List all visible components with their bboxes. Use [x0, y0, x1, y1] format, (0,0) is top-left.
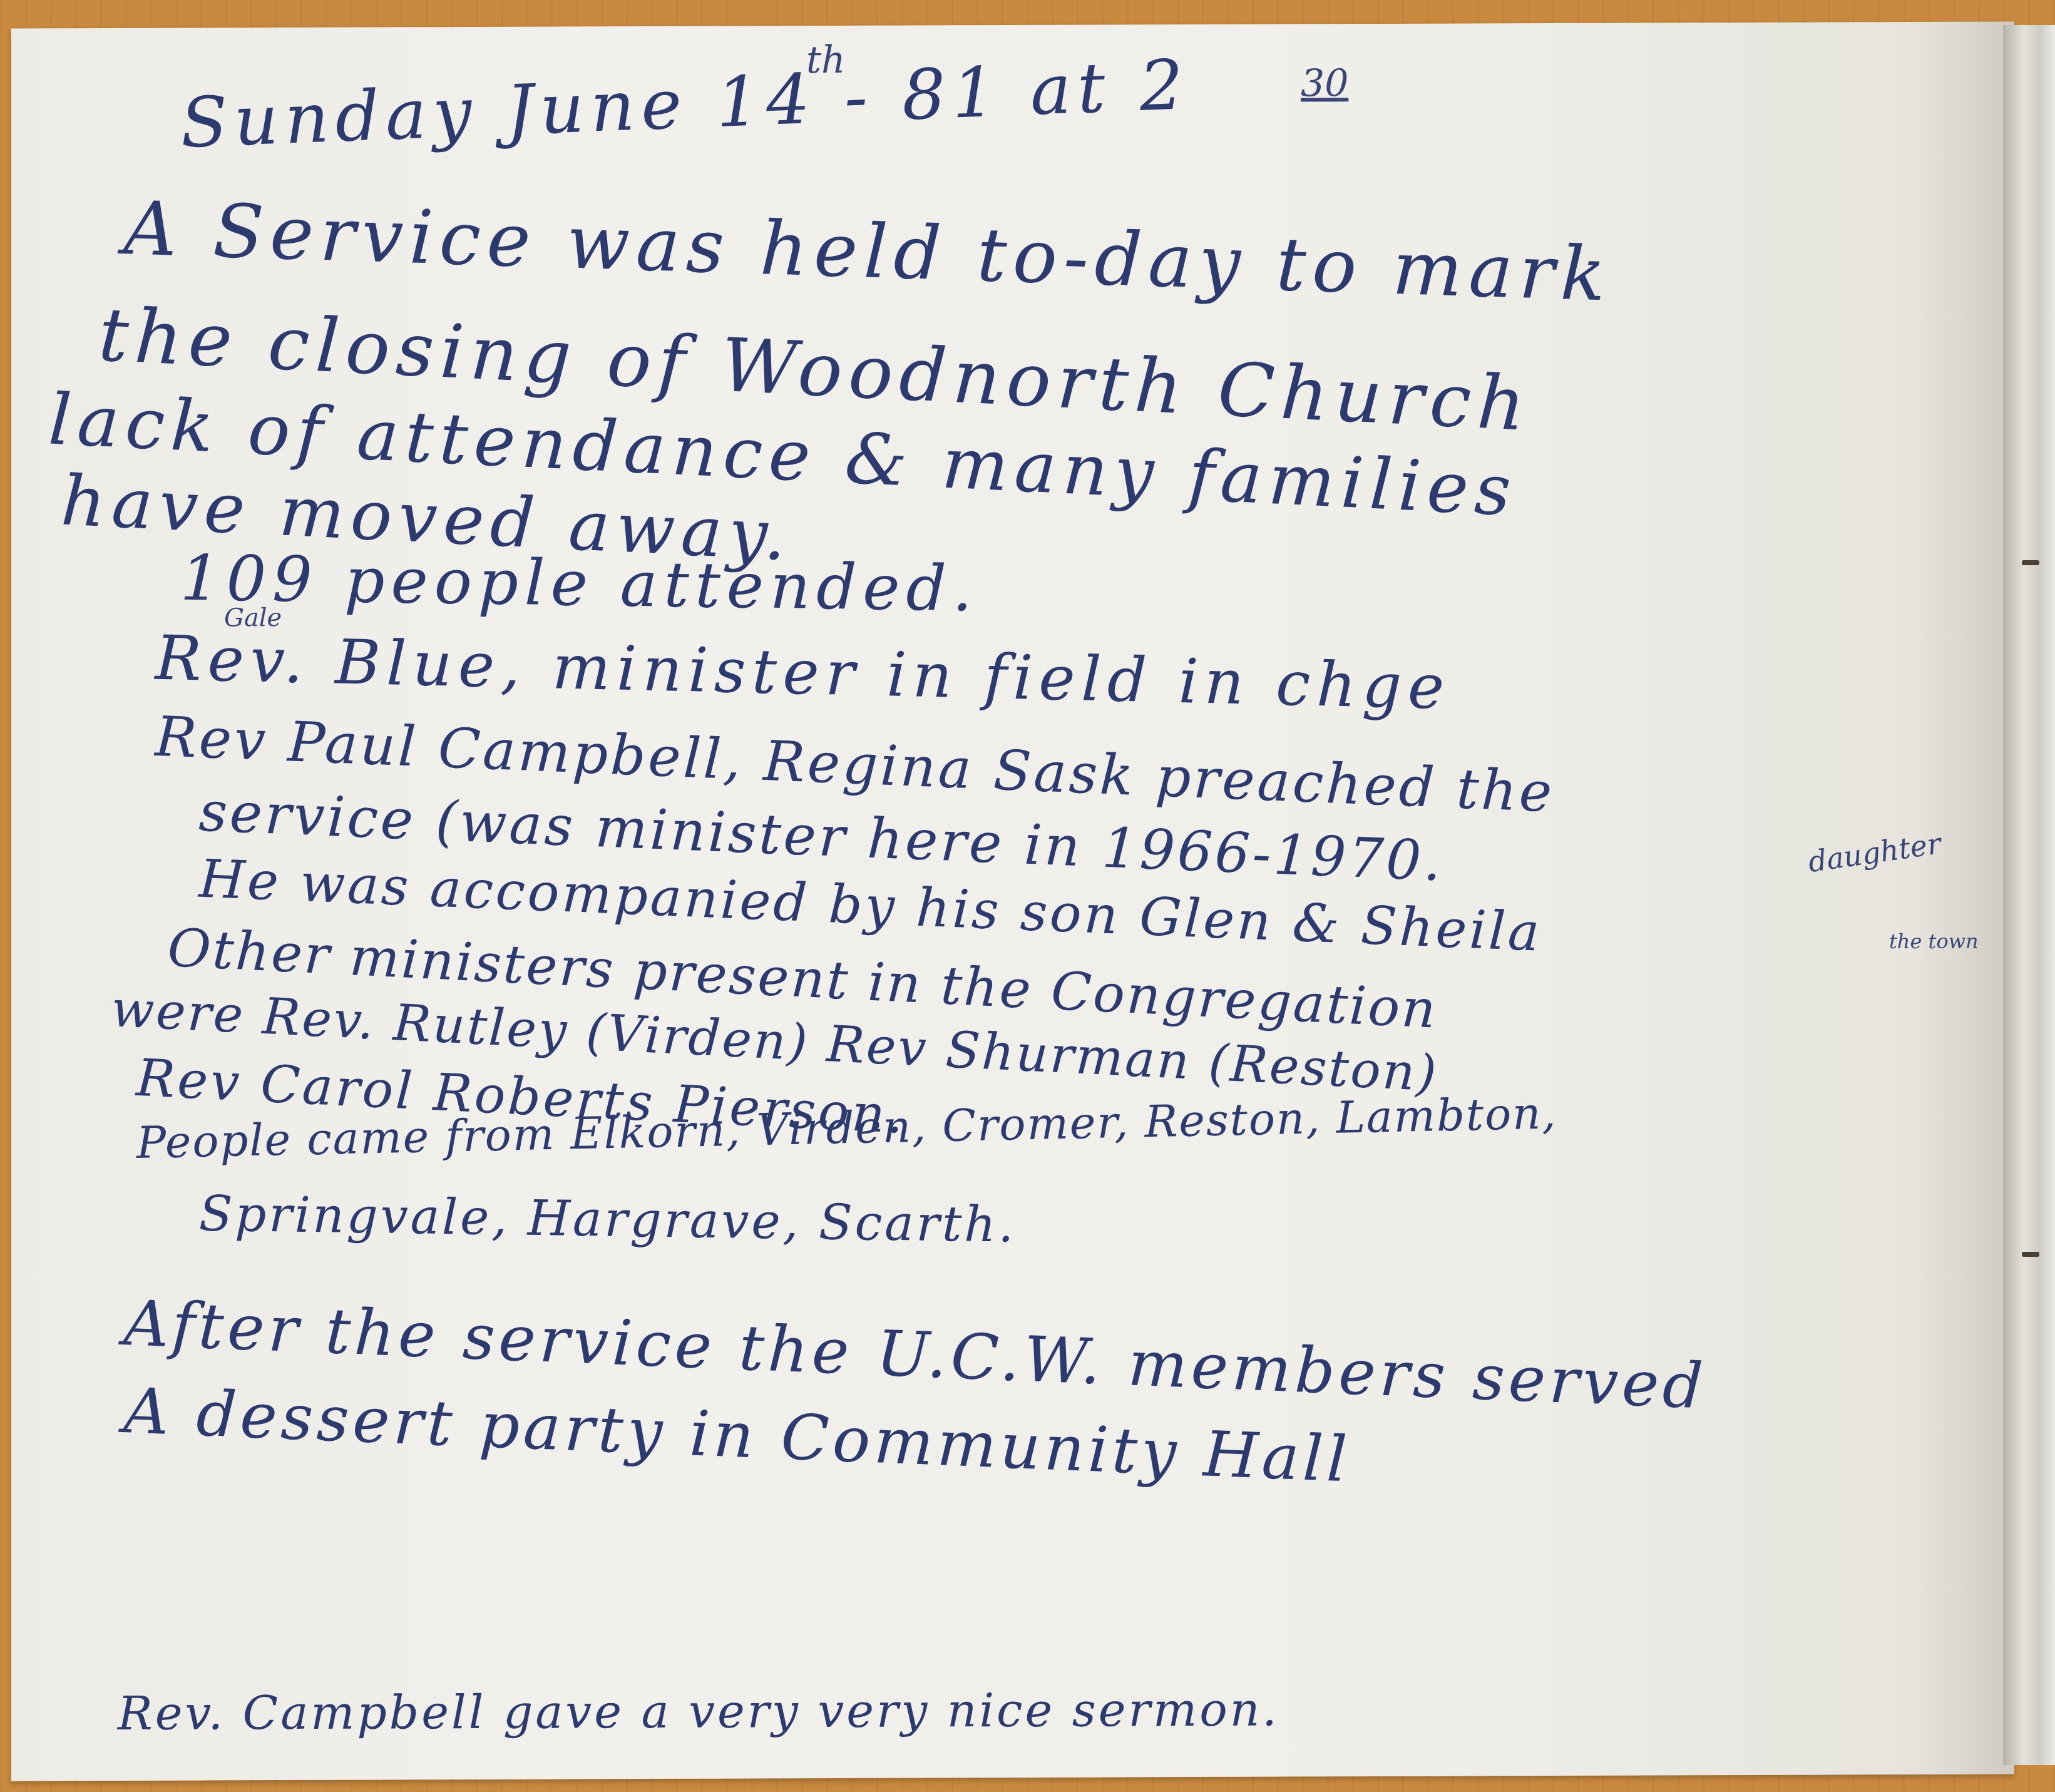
book-gutter [2003, 25, 2055, 1765]
annotation-daughter: daughter [1806, 826, 1943, 879]
entry-line-14: Springvale, Hargrave, Scarth. [198, 1186, 1017, 1254]
staple-top [2022, 560, 2039, 565]
entry-line-6: Rev. Blue, minister in field in chge [155, 623, 1452, 724]
footer-note: Rev. Campbell gave a very very nice serm… [118, 1683, 1279, 1741]
entry-line-5: 109 people attended. [180, 541, 979, 626]
annotation-the-town: the town [1889, 929, 1979, 953]
date-superscript: th [806, 38, 846, 82]
time-superscript: 30 [1301, 61, 1348, 105]
entry-line-1: A Service was held to-day to mark [123, 185, 1614, 318]
staple-bottom [2022, 1252, 2039, 1257]
heading-date: Sunday June 14 - 81 at 2 [179, 44, 1191, 163]
notebook-page: Sunday June 14 - 81 at 2 th 30 A Service… [11, 21, 2014, 1781]
